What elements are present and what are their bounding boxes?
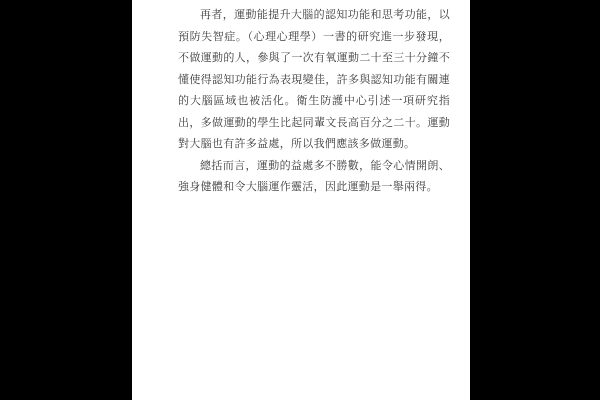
paragraph: 再者，運動能提升大腦的認知功能和思考功能，以預防失智症。（心理心理學）一書的研究… xyxy=(178,5,450,156)
letterbox-background: 再者，運動能提升大腦的認知功能和思考功能，以預防失智症。（心理心理學）一書的研究… xyxy=(0,0,600,400)
essay-text: 再者，運動能提升大腦的認知功能和思考功能，以預防失智症。（心理心理學）一書的研究… xyxy=(132,0,470,199)
paragraph: 總括而言，運動的益處多不勝數，能令心情開朗、強身健體和令大腦運作靈活，因此運動是… xyxy=(178,156,450,199)
document-page: 再者，運動能提升大腦的認知功能和思考功能，以預防失智症。（心理心理學）一書的研究… xyxy=(132,0,470,400)
